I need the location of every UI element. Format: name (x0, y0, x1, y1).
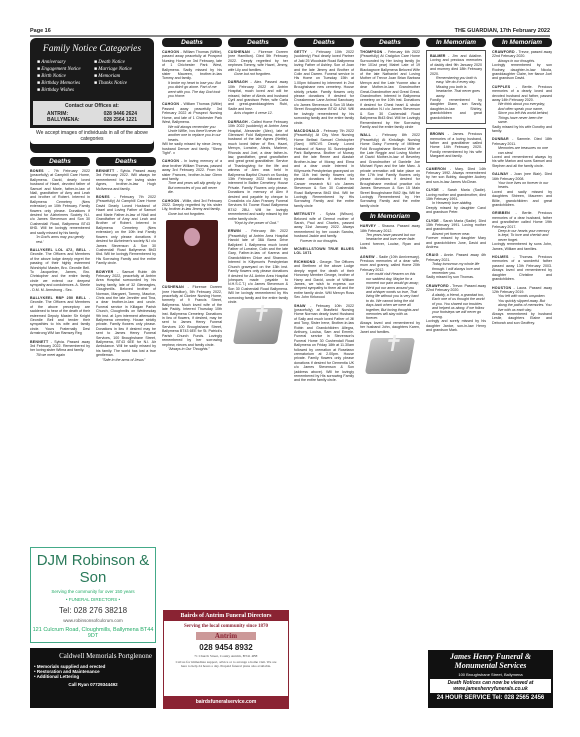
ad-website-notice[interactable]: Death Notices can now be viewed at www.j… (430, 679, 551, 693)
section-header-deaths: Deaths (30, 157, 90, 166)
notice: BENNETT - Sylvia. Passed away 3rd Februa… (30, 340, 90, 358)
section-header-memoriam: In Memoriam (426, 38, 486, 47)
family-notice-categories: Family Notice Categories Anniversary Dea… (30, 38, 154, 153)
category-item: Memoriam (94, 74, 147, 79)
notice: THOMPSON - February 6th 2022 (Peacefully… (360, 50, 420, 129)
category-item: Marriage Notice (94, 67, 147, 72)
column-3: Deaths CAHOON - William Thomas (Willie),… (162, 38, 222, 355)
office-phone: 028 2564 1221 (104, 117, 137, 123)
notice: CRAWFORD - Trevor. Passed away 22nd Febr… (426, 284, 486, 332)
category-item: Engagement Notice (37, 67, 90, 72)
notice: DARRAGH - Called Home February 10th 2022… (228, 120, 288, 226)
notice: BALLYKEEL LOL 472, BELL - Geordie. The O… (30, 248, 90, 292)
contact-title: Contact our Offices at: (39, 103, 145, 109)
notice: DARRAGH - Alex. Passed away 10th Februar… (228, 80, 288, 115)
notice: AGNEW - Sadie (10th Anniversary). Precio… (360, 255, 420, 334)
contact-box: Contact our Offices at: ANTRIM:028 9446 … (33, 101, 151, 125)
notice: CRAIG - Annie. Passed away 4th February … (426, 253, 486, 279)
column-2: Deaths BENNETT - Sylvia. Passed away 3rd… (96, 157, 156, 366)
office-name: BALLYMENA: (47, 117, 80, 123)
category-item: Birth Notice (37, 74, 90, 79)
ad-tagline: Serving the community for over 150 years (31, 589, 155, 594)
section-header-deaths: Deaths (96, 157, 156, 166)
notice: BENNETT - Sylvia. Passed away 3rd Februa… (96, 169, 156, 191)
column-4: Deaths CUSHENAN - Florence Doreen (nee H… (228, 38, 288, 348)
notice: CAHOON - William Thomas (Willie), passed… (162, 50, 222, 98)
notice: CUPPLES - Bertie. Precious memories of a… (492, 85, 552, 133)
column-6: Deaths THOMPSON - February 6th 2022 (Pea… (360, 38, 420, 378)
notice: CUSHENAN - Florence Doreen (nee Hamilton… (228, 50, 288, 76)
notice: HARVEY - Shauna. Passed away 18th Februa… (360, 224, 420, 250)
notice: WALL - February 8th 2022 (Peacefully) At… (360, 133, 420, 208)
notice: GALWAY - Joan (nee Blair). Died 16th Feb… (492, 172, 552, 207)
category-item: Birthday Wishes (37, 88, 90, 93)
notice: CLYDE - Sarah Maria (Sadie). Loving moth… (426, 188, 486, 214)
page-number: Page 16 (30, 28, 51, 34)
ad-services-list: • Memorials supplied and erected • Resto… (34, 664, 152, 679)
section-header-memoriam: In Memoriam (492, 38, 552, 47)
ad-website[interactable]: bairdsfuneralservice.com (164, 696, 288, 708)
ad-address: 71 Church Street, County Antrim, BT41 4B… (164, 654, 288, 658)
bible-icon (365, 338, 415, 374)
category-item: Birthday Memories (37, 81, 90, 86)
notice: CAMERON - Mary. Died 14th February 1992.… (426, 167, 486, 185)
section-header-deaths: Deaths (162, 38, 222, 47)
header-rule (30, 35, 550, 37)
publication-date: THE GUARDIAN, 17th February 2022 (455, 28, 550, 34)
column-8: In Memoriam CRAWFORD - Trevor, passed aw… (492, 38, 552, 329)
notice: GETTY - February 10th 2022 (suddenly) Pa… (294, 50, 354, 125)
notice: SHAW - February 10th 2022 (peacefully) a… (294, 304, 354, 383)
ad-service: • FUNERAL DIRECTORS • (31, 597, 155, 602)
section-header-deaths: Deaths (228, 38, 288, 47)
bairds-antrim-ad: Bairds of Antrim Funeral Directors Servi… (163, 610, 289, 709)
office-row: BALLYMENA:028 2564 1221 (39, 117, 145, 123)
ad-address: 100 Broughshane Street, Ballymena (430, 672, 551, 677)
notice: HOLMES - Thomas. Precious memories of a … (492, 255, 552, 281)
notice: ERWIN - February 8th 2022 (Peacefully) a… (228, 229, 288, 304)
section-header-memoriam: In Memoriam (360, 212, 420, 221)
category-item: Anniversary (37, 60, 90, 65)
notice: CAHOON - William Thomas (Willie) Passed … (162, 102, 222, 155)
categories-title: Family Notice Categories (33, 44, 151, 54)
notice: DUNBAR - Sammie. Died 18th February 2011… (492, 137, 552, 168)
section-header-deaths: Deaths (294, 38, 354, 47)
ad-location: Antrim (196, 632, 256, 640)
ad-website[interactable]: www.robinsonsofculcrum.com (31, 618, 155, 623)
notice: BALLYKEEL RBP 250 BELL - Geordie. The Of… (30, 296, 90, 336)
bible-icon (233, 308, 283, 344)
notice: HOUSTON - Laura. Passed away 12th Februa… (492, 286, 552, 326)
column-5: Deaths GETTY - February 10th 2022 (sudde… (294, 38, 354, 387)
notice: CRAWFORD - Trevor, passed away 22nd Febr… (492, 50, 552, 81)
ad-phone: Call Ryan 07729344492 (34, 682, 152, 687)
notice: BONES - February 7th 2022 (Peacefully) A… (96, 195, 156, 266)
ad-phone: Tel: 028 276 38218 (31, 606, 155, 615)
ad-tagline: Serving the local community since 1870 (164, 624, 288, 629)
james-henry-ad: James Henry Funeral & Monumental Service… (428, 650, 553, 708)
categories-list: Anniversary Death Notice Engagement Noti… (33, 60, 151, 93)
notice: CUSHENAN - Florence Doreen (nee Hamilton… (162, 285, 222, 351)
column-7: In Memoriam BALMER - Jim and Adaline. Lo… (426, 38, 486, 336)
boxed-notice: BALMER - Jim and Adaline. Loving and pre… (426, 50, 486, 124)
djm-robinson-ad: DJM Robinson & Son Serving the community… (30, 547, 156, 643)
notice: MCNEILLSTOWN TRUE BLUES LOL 1071 (294, 247, 354, 256)
ad-title: Bairds of Antrim Funeral Directors (164, 611, 288, 621)
deceased-photo (166, 220, 218, 282)
section-header-deaths: Deaths (360, 38, 420, 47)
notice: RICHMOND - George. The Officers and Bret… (294, 260, 354, 300)
notice: BOWYER - Samuel Rubin 4th February 2022,… (96, 270, 156, 363)
category-item: Thanks Notice (94, 81, 147, 86)
ad-title: James Henry Funeral & Monumental Service… (430, 652, 551, 670)
category-item: Death Notice (94, 60, 147, 65)
notice: CAHOON - In loving memory of a dear brot… (162, 159, 222, 194)
notice: METRUSTY - Sylvia (Wilson). Beloved wife… (294, 212, 354, 243)
column-1: Deaths BONES - 7th February 2022 (peacef… (30, 157, 90, 361)
notice: MACDONALD - February 7th 2022 (Peacefull… (294, 129, 354, 208)
notice: BONES - 7th February 2022 (peacefully) a… (30, 169, 90, 244)
notice: CAHOON - Willie, died 3rd February 2022.… (162, 199, 222, 217)
boxed-notice: BROWN - James. Precious memories of a lo… (426, 128, 486, 162)
ad-address: 121 Culcrum Road, Cloughmills, Ballymena… (31, 627, 155, 639)
ad-title: DJM Robinson & Son (31, 552, 155, 586)
ad-phone: 24 HOUR SERVICE Tel: 028 2565 2456 (430, 695, 551, 701)
ad-info: Call us for immediate support, advice or… (164, 660, 288, 668)
accept-images-note: We accept images of individuals in all o… (30, 128, 154, 144)
notice: GRIBBEN - Bertie. Precious memories of a… (492, 211, 552, 251)
ad-phone: 028 9454 8932 (164, 643, 288, 652)
caldwell-memorials-ad: Caldwell Memorials Portglenone • Memoria… (30, 648, 156, 708)
ad-title: Caldwell Memorials Portglenone (34, 652, 152, 660)
notice: CLYDE - Sarah Maria (Sadie). Died 15th F… (426, 219, 486, 250)
